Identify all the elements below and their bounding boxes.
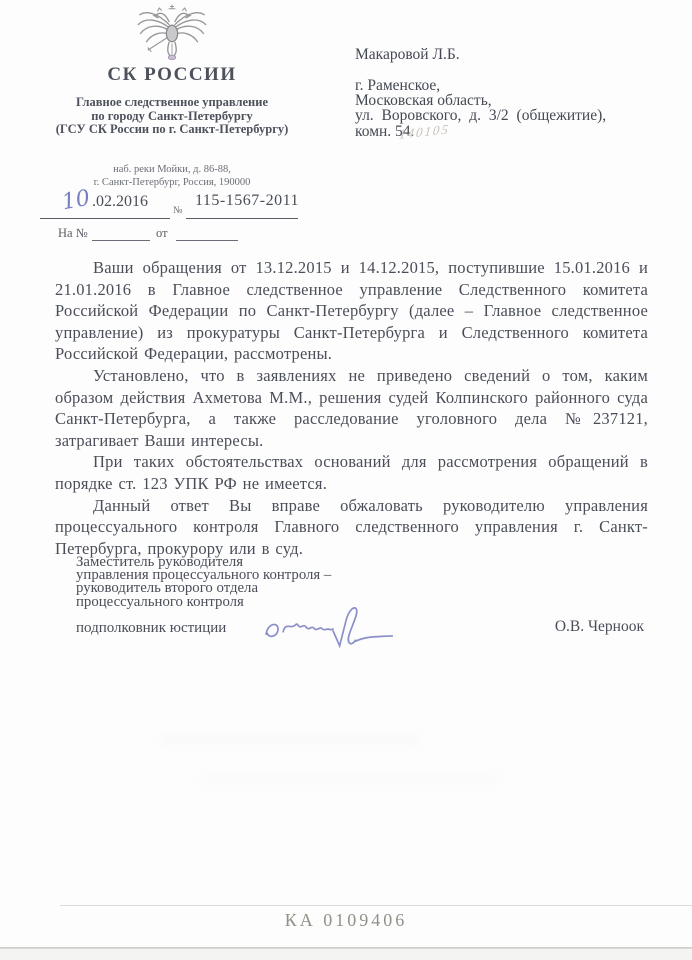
scan-edge-line xyxy=(0,947,692,948)
body-paragraph: Ваши обращения от 13.12.2015 и 14.12.201… xyxy=(55,257,648,365)
coat-of-arms-icon xyxy=(134,2,210,62)
recipient-block: Макаровой Л.Б. г. Раменское, Московская … xyxy=(355,46,655,139)
typed-date: .02.2016 xyxy=(92,193,148,211)
ref-na-label: На № xyxy=(58,226,88,241)
org-name-line: по городу Санкт-Петербургу xyxy=(28,110,316,124)
date-and-number-row: 10 .02.2016 № 115-1567-2011 xyxy=(40,192,316,224)
handwritten-signature-icon xyxy=(257,593,409,662)
org-name-block: Главное следственное управление по город… xyxy=(28,96,316,137)
signer-rank: подполковник юстиции xyxy=(76,620,226,637)
org-address-block: наб. реки Мойки, д. 86-88, г. Санкт-Пете… xyxy=(28,164,316,189)
bleed-through-artifact xyxy=(200,775,500,783)
org-address-line: г. Санкт-Петербург, Россия, 190000 xyxy=(28,177,316,190)
body-paragraph: При таких обстоятельствах оснований для … xyxy=(55,451,648,494)
scan-edge-line xyxy=(60,905,692,906)
body-paragraph: Установлено, что в заявлениях не приведе… xyxy=(55,365,648,451)
handwritten-date-day: 10 xyxy=(60,186,92,215)
number-sign: № xyxy=(173,205,183,216)
letter-sheet: СК РОССИИ Главное следственное управлени… xyxy=(0,0,692,948)
org-short-name: СК РОССИИ xyxy=(28,64,316,86)
number-underline xyxy=(186,218,298,219)
document-number: 115-1567-2011 xyxy=(195,192,299,210)
recipient-address-line: г. Раменское, xyxy=(355,78,655,93)
ref-ot-underline xyxy=(176,240,238,241)
recipient-address-line: Московская область, xyxy=(355,93,655,108)
reference-row: На № от xyxy=(58,224,318,244)
recipient-name: Макаровой Л.Б. xyxy=(355,46,655,64)
org-name-line: Главное следственное управление xyxy=(28,96,316,110)
letter-body: Ваши обращения от 13.12.2015 и 14.12.201… xyxy=(55,257,648,559)
form-code: КА 0109406 xyxy=(0,910,692,931)
date-underline xyxy=(40,218,170,219)
bleed-through-artifact xyxy=(160,735,420,744)
org-name-line: (ГСУ СК России по г. Санкт-Петербургу) xyxy=(28,123,316,137)
body-paragraph: Данный ответ Вы вправе обжаловать руково… xyxy=(55,495,648,560)
ref-ot-label: от xyxy=(156,226,168,241)
org-address-line: наб. реки Мойки, д. 86-88, xyxy=(28,164,316,177)
ref-na-underline xyxy=(92,240,150,241)
scanned-letter-page: { "letterhead": { "emblem_icon": "coat-o… xyxy=(0,0,692,960)
recipient-address-line: ул. Воровского, д. 3/2 (общежитие), xyxy=(355,108,655,123)
signer-name: О.В. Черноок xyxy=(555,618,644,636)
